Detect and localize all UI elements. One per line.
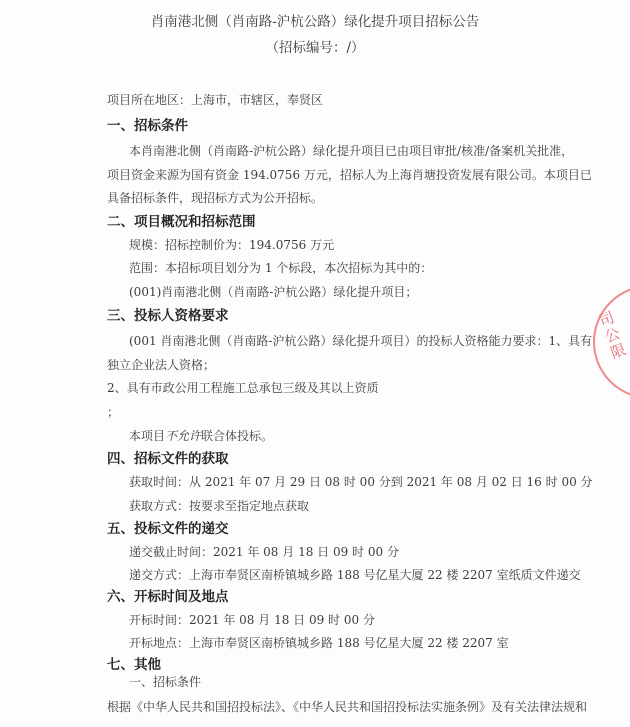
text-line: 本肖南港北侧（肖南路-沪杭公路）绿化提升项目已由项目审批/核准/备案机关批准， bbox=[129, 142, 573, 159]
document-title: 肖南港北侧（肖南路-沪杭公路）绿化提升项目招标公告 bbox=[0, 10, 630, 30]
section-heading-6: 六、开标时间及地点 bbox=[107, 585, 229, 605]
consortium-italic: 不允许 bbox=[165, 429, 201, 443]
text-line: 规模：招标控制价为：194.0756 万元 bbox=[129, 236, 334, 253]
document-subtitle: （招标编号：/） bbox=[0, 36, 630, 56]
text-line: 获取时间：从 2021 年 07 月 29 日 08 时 00 分到 2021 … bbox=[129, 473, 593, 490]
text-line: 获取方式：按要求至指定地点获取 bbox=[129, 497, 309, 514]
text-line: (001 肖南港北侧（肖南路-沪杭公路）绿化提升项目）的投标人资格能力要求：1、… bbox=[129, 332, 592, 349]
text-line: 项目资金来源为国有资金 194.0756 万元，招标人为上海肖塘投资发展有限公司… bbox=[107, 166, 592, 183]
section-heading-7: 七、其他 bbox=[107, 653, 161, 673]
text-line: ； bbox=[107, 403, 119, 420]
text-line: 开标地点：上海市奉贤区南桥镇城乡路 188 号亿星大厦 22 楼 2207 室 bbox=[129, 634, 509, 651]
consortium-suffix: 联合体投标。 bbox=[201, 429, 273, 443]
text-line: 2、具有市政公用工程施工总承包三级及其以上资质 bbox=[107, 379, 379, 396]
section-heading-3: 三、投标人资格要求 bbox=[107, 304, 229, 324]
section-heading-5: 五、投标文件的递交 bbox=[107, 517, 229, 537]
text-line: 递交截止时间：2021 年 08 月 18 日 09 时 00 分 bbox=[129, 543, 399, 560]
section-heading-1: 一、招标条件 bbox=[107, 114, 188, 134]
project-region: 项目所在地区：上海市，市辖区，奉贤区 bbox=[107, 91, 323, 108]
section-heading-4: 四、招标文件的获取 bbox=[107, 447, 229, 467]
text-line: 开标时间：2021 年 08 月 18 日 09 时 00 分 bbox=[129, 611, 375, 628]
text-line: 范围：本招标项目划分为 1 个标段，本次招标为其中的： bbox=[129, 259, 432, 276]
text-line: 递交方式：上海市奉贤区南桥镇城乡路 188 号亿星大厦 22 楼 2207 室纸… bbox=[129, 566, 581, 583]
text-line: (001)肖南港北侧（肖南路-沪杭公路）绿化提升项目； bbox=[129, 283, 417, 300]
consortium-prefix: 本项目 bbox=[129, 429, 165, 443]
consortium-note: 本项目不允许联合体投标。 bbox=[129, 427, 273, 444]
text-line: 一、招标条件 bbox=[129, 673, 201, 690]
text-line: 根据《中华人民共和国招投标法》、《中华人民共和国招投标法实施条例》及有关法律法规… bbox=[107, 698, 587, 715]
text-line: 独立企业法人资格； bbox=[107, 356, 215, 373]
text-line: 具备招标条件，现招标方式为公开招标。 bbox=[107, 189, 323, 206]
section-heading-2: 二、项目概况和招标范围 bbox=[107, 210, 256, 230]
